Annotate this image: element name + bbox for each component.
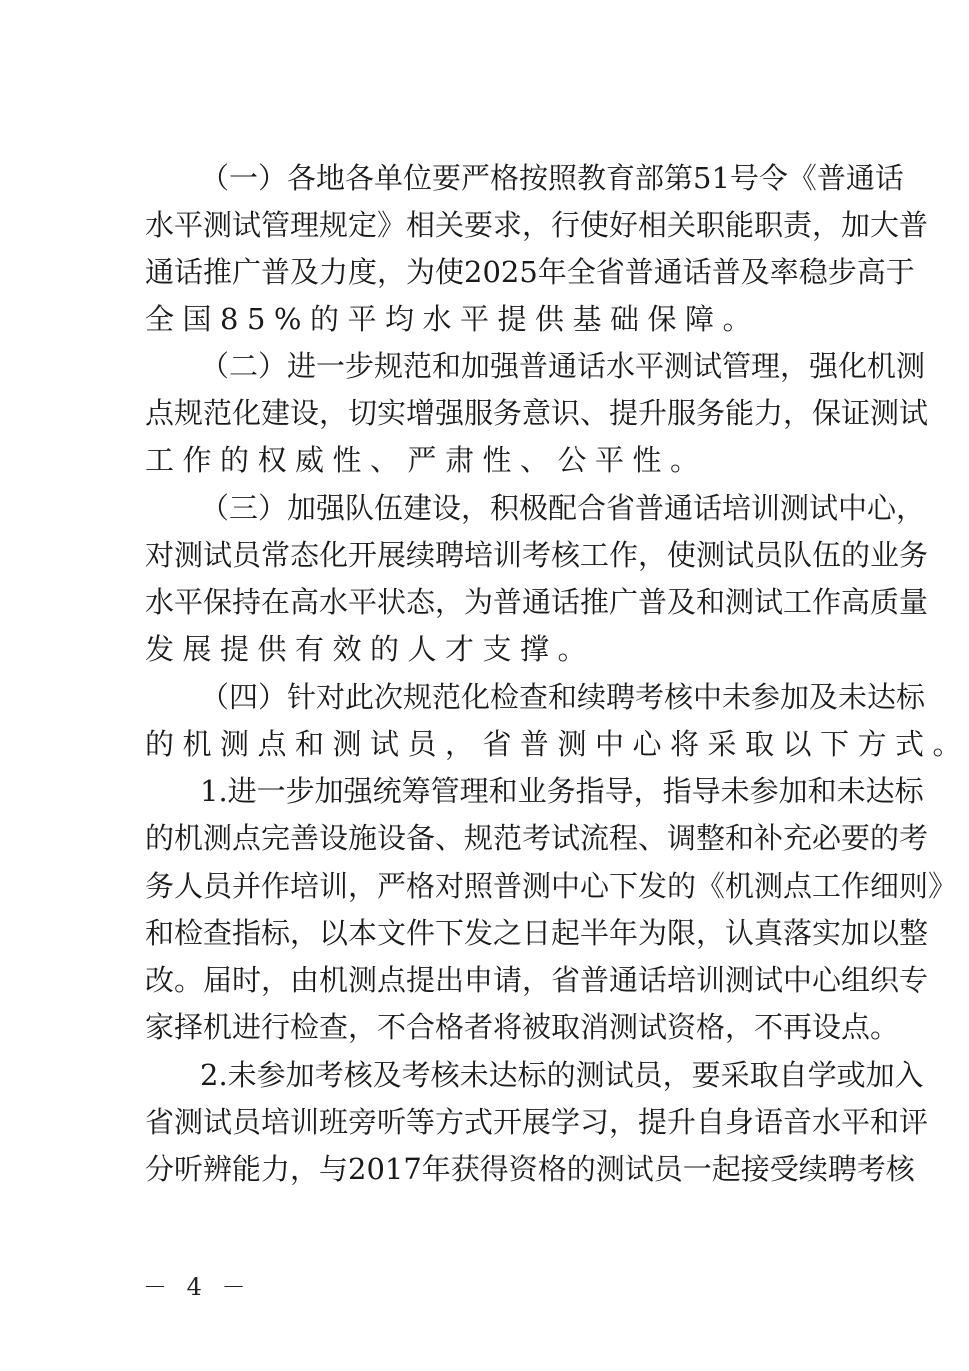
page-number: － 4 －	[143, 1272, 252, 1302]
item-1-line-1: 1.进一步加强统筹管理和业务指导，指导未参加和未达标	[200, 771, 835, 811]
section-3-line-3: 水平保持在高水平状态，为普通话推广普及和测试工作高质量	[145, 582, 835, 622]
item-1-line-6: 家择机进行检查，不合格者将被取消测试资格，不再设点。	[145, 1007, 835, 1047]
item-1-line-3: 务人员并作培训，严格对照普测中心下发的《机测点工作细则》	[145, 866, 835, 906]
section-4-line-2: 的机测点和测试员，省普测中心将采取以下方式。	[145, 724, 835, 764]
section-3-line-4: 发展提供有效的人才支撑。	[145, 629, 835, 669]
item-1-line-5: 改。届时，由机测点提出申请，省普通话培训测试中心组织专	[145, 960, 835, 1000]
section-2-line-1: （二）进一步规范和加强普通话水平测试管理，强化机测	[200, 346, 835, 386]
item-2-line-1: 2.未参加考核及考核未达标的测试员，要采取自学或加入	[200, 1055, 835, 1095]
item-2-line-3: 分听辨能力，与2017年获得资格的测试员一起接受续聘考核	[145, 1149, 835, 1189]
section-1-line-3: 通话推广普及力度，为使2025年全省普通话普及率稳步高于	[145, 252, 835, 292]
item-1-line-2: 的机测点完善设施设备、规范考试流程、调整和补充必要的考	[145, 818, 835, 858]
document-page: （一）各地各单位要严格按照教育部第51号令《普通话 水平测试管理规定》相关要求，…	[0, 0, 969, 1371]
section-1-line-4: 全国85%的平均水平提供基础保障。	[145, 299, 835, 339]
section-1-line-2: 水平测试管理规定》相关要求，行使好相关职能职责，加大普	[145, 205, 835, 245]
section-3-line-1: （三）加强队伍建设，积极配合省普通话培训测试中心，	[200, 488, 835, 528]
section-4-line-1: （四）针对此次规范化检查和续聘考核中未参加及未达标	[200, 677, 835, 717]
item-2-line-2: 省测试员培训班旁听等方式开展学习，提升自身语音水平和评	[145, 1102, 835, 1142]
item-1-line-4: 和检查指标，以本文件下发之日起半年为限，认真落实加以整	[145, 913, 835, 953]
section-2-line-2: 点规范化建设，切实增强服务意识、提升服务能力，保证测试	[145, 393, 835, 433]
section-2-line-3: 工作的权威性、严肃性、公平性。	[145, 440, 835, 480]
section-1-line-1: （一）各地各单位要严格按照教育部第51号令《普通话	[200, 158, 835, 198]
section-3-line-2: 对测试员常态化开展续聘培训考核工作，使测试员队伍的业务	[145, 535, 835, 575]
